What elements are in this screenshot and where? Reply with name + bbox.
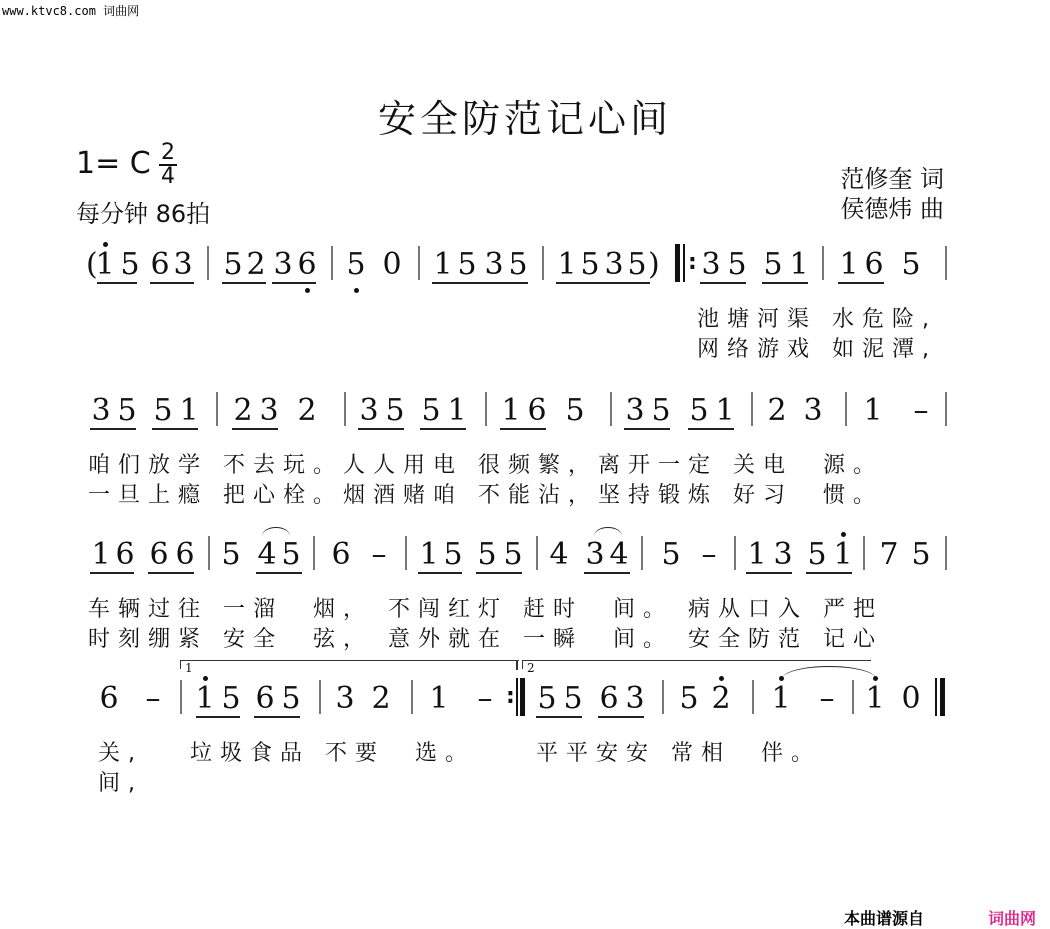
- underline: [420, 428, 466, 430]
- underline: [500, 428, 546, 430]
- barline: [536, 536, 538, 570]
- underline: [624, 428, 670, 430]
- barline: [208, 536, 210, 570]
- note: 1: [500, 396, 522, 426]
- note: 5: [280, 540, 302, 570]
- note: 7: [878, 540, 900, 570]
- lyrics-volta-2: 平平安安 常相 伴。: [536, 736, 821, 767]
- barline: [207, 246, 209, 280]
- source-label: 本曲谱源自: [844, 906, 924, 929]
- time-signature: 2 4: [158, 142, 178, 188]
- note: 1: [746, 540, 768, 570]
- note: 5: [579, 250, 601, 280]
- barline: [945, 536, 947, 570]
- final-thick-bar: [940, 678, 945, 716]
- barline: [405, 536, 407, 570]
- sustain-dash: –: [142, 684, 164, 714]
- underline: [432, 282, 528, 284]
- song-title: 安全防范记心间: [0, 88, 1050, 143]
- repeat-start-thin-bar: [683, 244, 685, 282]
- underline: [152, 428, 198, 430]
- underline: [256, 572, 302, 574]
- note: 3: [483, 250, 505, 280]
- note: 2: [232, 396, 254, 426]
- note: 5: [536, 684, 558, 714]
- note: 4: [608, 540, 630, 570]
- note: 2: [296, 396, 318, 426]
- underline: [598, 716, 644, 718]
- note: 5: [456, 250, 478, 280]
- underline: [688, 428, 734, 430]
- note: 1: [418, 540, 440, 570]
- barline: [852, 680, 854, 714]
- repeat-end-thin-bar: [516, 678, 518, 716]
- underline: [222, 282, 266, 284]
- note: 5: [420, 396, 442, 426]
- note: 5: [280, 684, 302, 714]
- repeat-end-thick-bar: [520, 678, 525, 716]
- note: 1: [864, 684, 886, 714]
- note: 6: [598, 684, 620, 714]
- barline: [945, 392, 947, 426]
- high-octave-dot: [719, 676, 724, 681]
- barline: [485, 392, 487, 426]
- note: 1: [556, 250, 578, 280]
- note: 6: [330, 540, 352, 570]
- note: 3: [624, 684, 646, 714]
- lyricist-credit: 范修奎 词: [840, 164, 944, 194]
- underline: [90, 572, 134, 574]
- note: 6: [98, 684, 120, 714]
- note: 5: [507, 250, 529, 280]
- note: 5: [119, 250, 141, 280]
- note: 5: [345, 250, 367, 280]
- note: 5: [688, 396, 710, 426]
- barline: [180, 680, 182, 714]
- note: 6: [148, 540, 170, 570]
- note: 1: [446, 396, 468, 426]
- sustain-dash: –: [368, 540, 390, 570]
- note: 3: [172, 250, 194, 280]
- note: 6: [149, 250, 171, 280]
- lyrics-verse-1: 咱们放学 不去玩。人人用电 很频繁，离开一定 关电 源。: [88, 448, 883, 479]
- lyrics-verse-2: 一旦上瘾 把心栓。烟酒赌咱 不能沾，坚持锻炼 好习 惯。: [88, 478, 883, 509]
- note: 5: [502, 540, 524, 570]
- note: 5: [564, 396, 586, 426]
- note: 6: [526, 396, 548, 426]
- barline: [418, 246, 420, 280]
- time-sig-top: 2: [158, 142, 178, 164]
- note: 0: [900, 684, 922, 714]
- underline: [97, 282, 137, 284]
- barline: [662, 680, 664, 714]
- note: 5: [806, 540, 828, 570]
- underline: [838, 282, 884, 284]
- barline: [641, 536, 643, 570]
- note: 3: [258, 396, 280, 426]
- note: 1: [714, 396, 736, 426]
- note: 2: [710, 684, 732, 714]
- underline: [536, 716, 582, 718]
- lyrics-verse-2: 网络游戏 如泥潭,: [697, 332, 937, 363]
- note: 6: [114, 540, 136, 570]
- final-thin-bar: [935, 678, 937, 716]
- barline: [216, 392, 218, 426]
- lyrics-volta-1: 垃圾食品 不要 选。: [190, 736, 475, 767]
- note: 5: [900, 250, 922, 280]
- time-sig-bottom: 4: [158, 166, 178, 188]
- lyrics-verse-1: 车辆过往 一溜 烟， 不闯红灯 赶时 间。 病从口入 严把: [88, 592, 883, 623]
- note: 1: [788, 250, 810, 280]
- underline: [556, 282, 650, 284]
- lyrics-verse-1-ending-a: 关,: [98, 736, 143, 767]
- note: 5: [220, 540, 242, 570]
- lyrics-verse-2: 时刻绷紧 安全 弦， 意外就在 一瞬 间。 安全防范 记心: [88, 622, 883, 653]
- note: 3: [624, 396, 646, 426]
- note: 5: [678, 684, 700, 714]
- barline: [313, 536, 315, 570]
- note: 5: [222, 250, 244, 280]
- underline: [476, 572, 522, 574]
- barline: [863, 536, 865, 570]
- low-octave-dot: [354, 288, 359, 293]
- site-watermark: www.ktvc8.com 词曲网: [2, 2, 139, 19]
- credits: 范修奎 词 侯德炜 曲: [840, 164, 944, 224]
- note: 3: [334, 684, 356, 714]
- note: 4: [256, 540, 278, 570]
- underline: [196, 716, 240, 718]
- note: 4: [548, 540, 570, 570]
- volta-bracket-1: [180, 660, 519, 669]
- high-octave-dot: [203, 676, 208, 681]
- note: 5: [726, 250, 748, 280]
- repeat-dots: :: [688, 252, 697, 274]
- note: 3: [358, 396, 380, 426]
- barline: [751, 392, 753, 426]
- note: 5: [384, 396, 406, 426]
- volta-number-2: 2: [527, 661, 535, 675]
- underline: [150, 282, 194, 284]
- note: 2: [370, 684, 392, 714]
- barline: [945, 246, 947, 280]
- composer-credit: 侯德炜 曲: [840, 194, 944, 224]
- volta-number-1: 1: [185, 661, 193, 675]
- barline: [344, 392, 346, 426]
- underline: [418, 572, 462, 574]
- barline: [734, 536, 736, 570]
- note: 1: [838, 250, 860, 280]
- key-signature: 1= C: [76, 146, 151, 181]
- note: 3: [584, 540, 606, 570]
- note: 2: [766, 396, 788, 426]
- low-octave-dot: [305, 288, 310, 293]
- underline: [272, 282, 316, 284]
- note: 6: [174, 540, 196, 570]
- note: 5: [220, 684, 242, 714]
- note: 1: [832, 540, 854, 570]
- note: 3: [603, 250, 625, 280]
- barline: [752, 680, 754, 714]
- source-brand-link[interactable]: 词曲网: [988, 906, 1036, 929]
- note: 5: [660, 540, 682, 570]
- high-octave-dot: [873, 676, 878, 681]
- barline: [822, 246, 824, 280]
- note: 1: [178, 396, 200, 426]
- repeat-end-dots: :: [506, 686, 515, 708]
- sustain-dash: –: [910, 396, 932, 426]
- underline: [746, 572, 792, 574]
- sustain-dash: –: [698, 540, 720, 570]
- note: 5: [762, 250, 784, 280]
- note: 6: [863, 250, 885, 280]
- note: 3: [700, 250, 722, 280]
- note: 6: [296, 250, 318, 280]
- note: 1: [94, 250, 116, 280]
- barline: [845, 392, 847, 426]
- note: 5: [910, 540, 932, 570]
- underline: [700, 282, 746, 284]
- underline: [254, 716, 300, 718]
- note: 3: [772, 540, 794, 570]
- note: 2: [245, 250, 267, 280]
- underline: [148, 572, 194, 574]
- slur: [594, 527, 622, 536]
- note: 6: [254, 684, 276, 714]
- tempo-marking: 每分钟 86拍: [76, 194, 210, 229]
- note: 0: [381, 250, 403, 280]
- volta-end-tick: [516, 660, 518, 670]
- note: 5: [476, 540, 498, 570]
- barline: [319, 680, 321, 714]
- note: 1: [862, 396, 884, 426]
- underline: [584, 572, 630, 574]
- close-paren: ): [648, 250, 660, 280]
- underline: [358, 428, 404, 430]
- note: 1: [432, 250, 454, 280]
- high-octave-dot: [103, 242, 108, 247]
- note: 5: [116, 396, 138, 426]
- lyrics-verse-1: 池塘河渠 水危险,: [697, 302, 937, 333]
- note: 5: [562, 684, 584, 714]
- barline: [331, 246, 333, 280]
- barline: [610, 392, 612, 426]
- note: 1: [428, 684, 450, 714]
- slur: [262, 527, 290, 536]
- note: 1: [194, 684, 216, 714]
- note: 3: [272, 250, 294, 280]
- underline: [232, 428, 278, 430]
- underline: [806, 572, 852, 574]
- barline: [542, 246, 544, 280]
- lyrics-verse-2: 间,: [98, 766, 143, 797]
- note: 5: [152, 396, 174, 426]
- note: 5: [626, 250, 648, 280]
- underline: [90, 428, 136, 430]
- note: 1: [90, 540, 112, 570]
- repeat-start-thick-bar: [675, 244, 680, 282]
- underline: [762, 282, 808, 284]
- sustain-dash: –: [474, 684, 496, 714]
- note: 3: [90, 396, 112, 426]
- note: 5: [442, 540, 464, 570]
- high-octave-dot: [841, 532, 846, 537]
- note: 3: [802, 396, 824, 426]
- note: 5: [650, 396, 672, 426]
- barline: [411, 680, 413, 714]
- note: 1: [770, 684, 792, 714]
- sustain-dash: –: [816, 684, 838, 714]
